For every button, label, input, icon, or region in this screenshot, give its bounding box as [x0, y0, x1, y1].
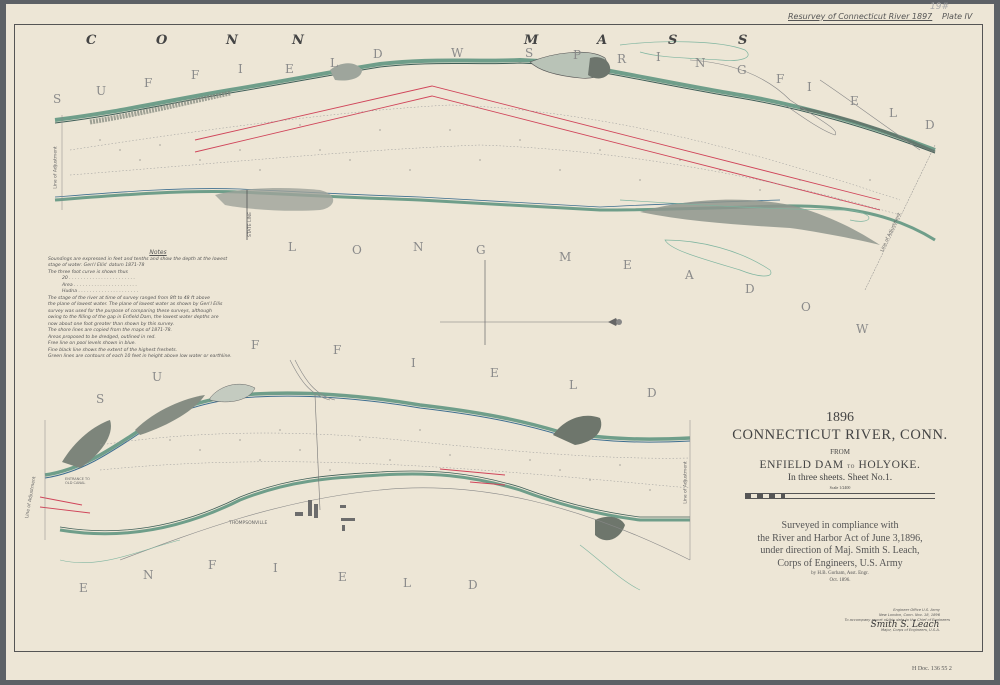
scale-bar: [745, 493, 935, 499]
wooded-island-east: [553, 416, 601, 445]
lower-dredge-line: [440, 469, 505, 475]
line-of-adjustment-lower-right: Line of Adjustment: [684, 461, 689, 503]
map-year: 1896: [720, 410, 960, 426]
sand-bar: [640, 200, 880, 245]
north-bank: [55, 60, 935, 150]
line-of-adjustment-upper-left: Line of Adjustment: [54, 146, 59, 188]
contour-loop: [665, 240, 771, 276]
document-reference: H Doc. 136 55 2: [912, 666, 952, 672]
thompsonville-buildings: [295, 500, 355, 531]
scale-label: Scale 1/2400: [720, 485, 960, 490]
signature-block: Engineer Office U.S. Army New London, Co…: [800, 608, 960, 633]
wooded-island-west: [62, 420, 111, 468]
wooded-island: [215, 188, 333, 211]
map-title: CONNECTICUT RIVER, CONN.: [720, 427, 960, 444]
sheet-center-cross: [440, 260, 610, 345]
thompsonville-label: THOMPSONVILLE: [229, 521, 267, 526]
map-route: ENFIELD DAM TO HOLYOKE.: [720, 459, 960, 471]
map-notes: Notes Soundings are expressed in feet an…: [48, 250, 308, 361]
title-block: 1896 CONNECTICUT RIVER, CONN. FROM ENFIE…: [720, 410, 960, 499]
entrance-old-canal-label: ENTRANCE TO OLD CANAL: [65, 477, 95, 485]
lower-river: [40, 360, 690, 590]
survey-credits: Surveyed in compliance with the River an…: [720, 520, 960, 584]
sheet-info: In three sheets. Sheet No.1.: [720, 473, 960, 483]
state-line-label: STATE LINE: [248, 212, 253, 237]
map-from: FROM: [720, 448, 960, 456]
north-arrow-icon: [608, 318, 622, 326]
